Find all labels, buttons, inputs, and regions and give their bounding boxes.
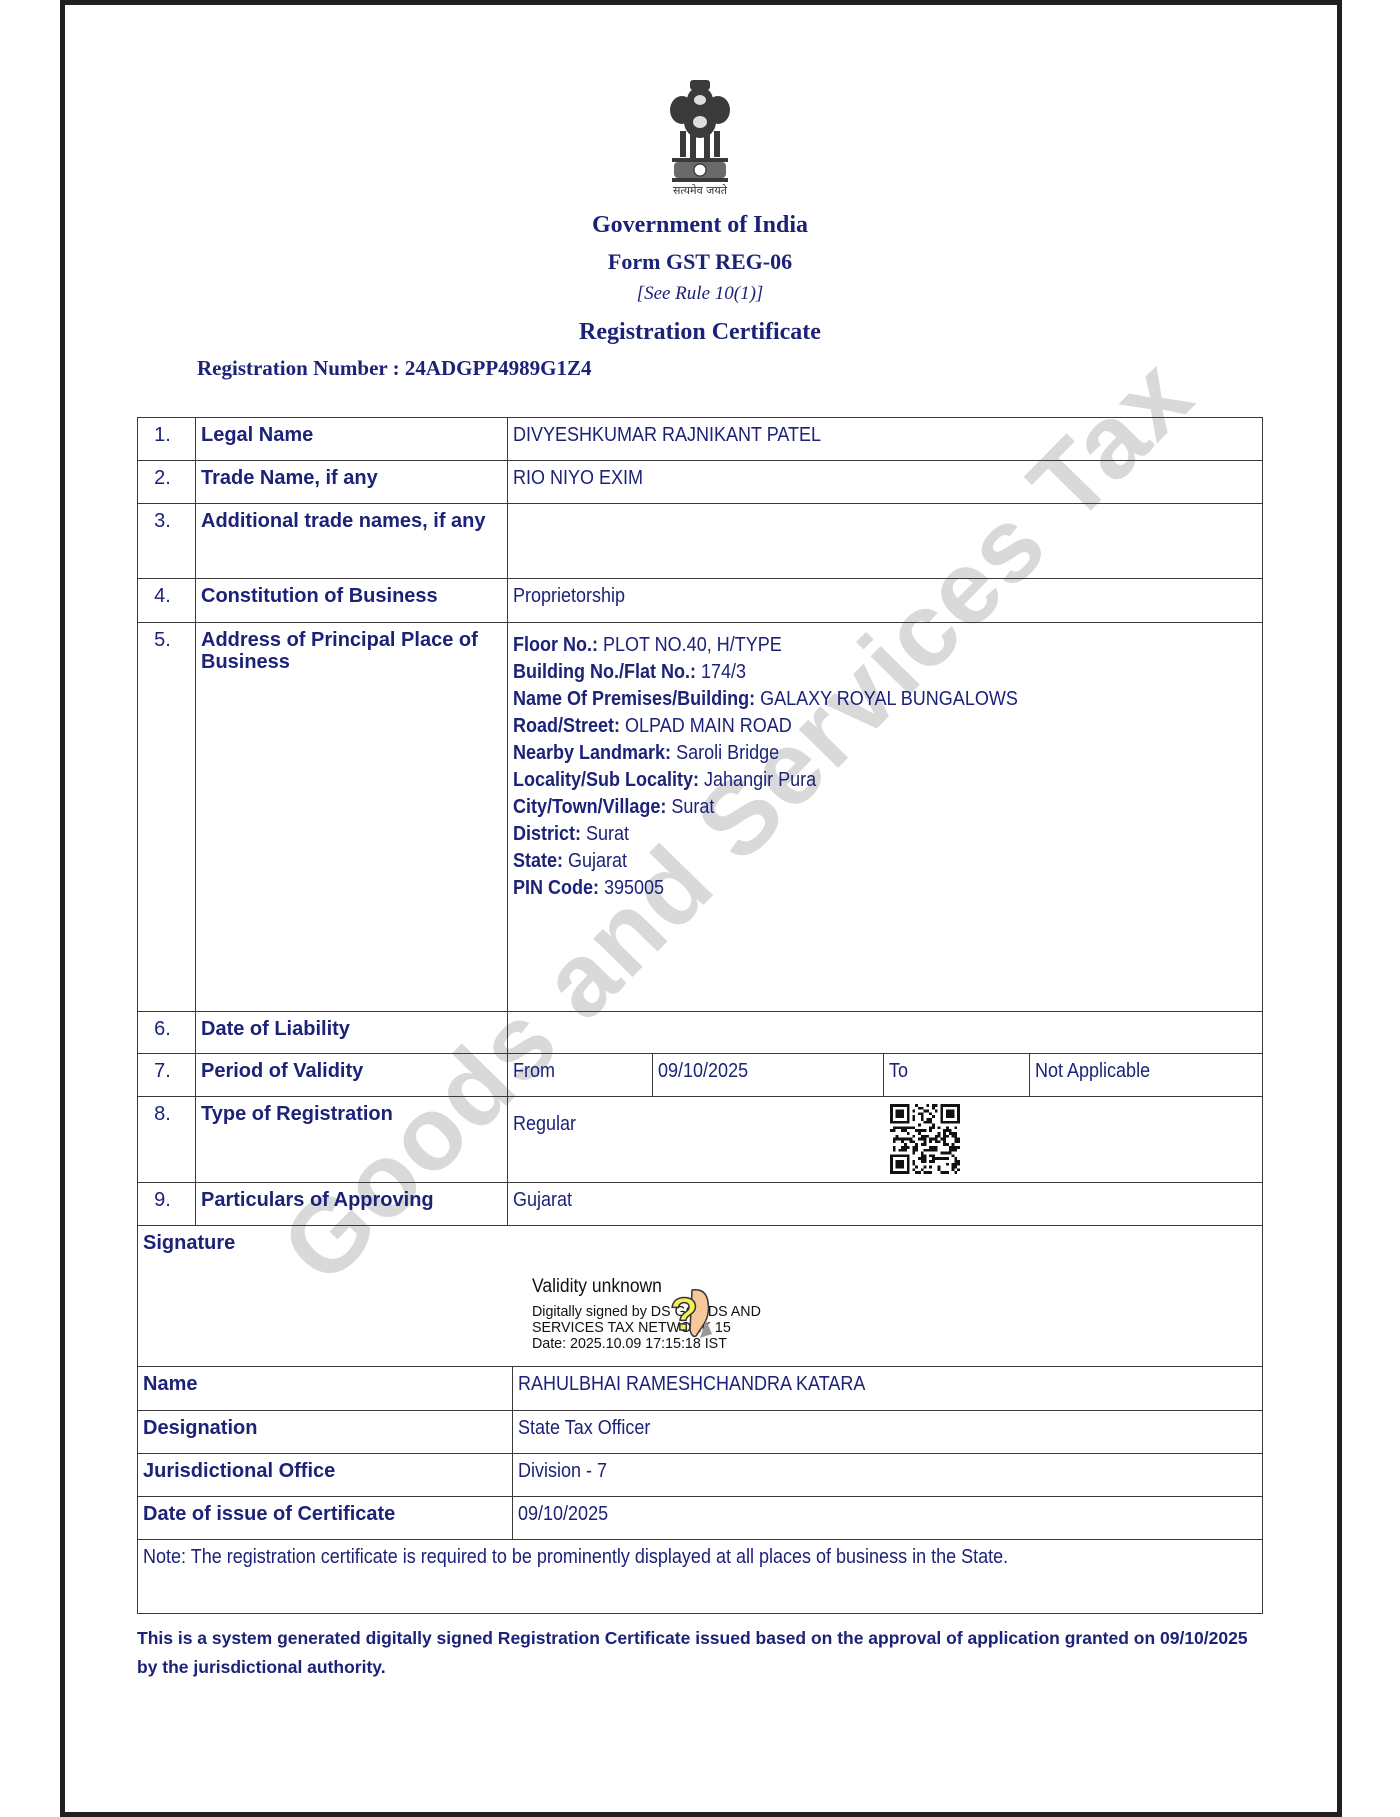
officer-value: 09/10/2025 [512, 1496, 1263, 1540]
row-number: 1. [137, 417, 196, 461]
row-label-text: Additional trade names, if any [201, 510, 486, 532]
row-label: Date of Liability [195, 1011, 508, 1054]
row-label: Constitution of Business [195, 578, 508, 623]
address-value: GALAXY ROYAL BUNGALOWS [755, 688, 1018, 710]
validity-to-label: To [883, 1053, 1030, 1097]
officer-label-text: Date of issue of Certificate [143, 1503, 395, 1525]
row-value-text: DIVYESHKUMAR RAJNIKANT PATEL [513, 424, 821, 446]
row-number: 3. [137, 503, 196, 579]
row-number-text: 6. [154, 1018, 171, 1040]
svg-text:?: ? [670, 1288, 698, 1340]
address-line: District: Surat [513, 821, 1257, 848]
row-label: Address of Principal Place of Business [195, 622, 508, 1012]
address-key: State: [513, 850, 563, 872]
validity-from-date: 09/10/2025 [652, 1053, 884, 1097]
address-value: Saroli Bridge [671, 742, 779, 764]
signed-by-line2: SERVICES TAX NETWORK 15 [532, 1320, 761, 1336]
address-line: Locality/Sub Locality: Jahangir Pura [513, 767, 1257, 794]
address-key: Locality/Sub Locality: [513, 769, 699, 791]
officer-value: RAHULBHAI RAMESHCHANDRA KATARA [512, 1366, 1263, 1411]
signed-by-line1: Digitally signed by DS GOODS AND [532, 1304, 761, 1320]
address-key: PIN Code: [513, 877, 599, 899]
row-number: 2. [137, 460, 196, 504]
row-label-text: Period of Validity [201, 1060, 363, 1082]
address-line: PIN Code: 395005 [513, 875, 1257, 902]
officer-label: Jurisdictional Office [137, 1453, 513, 1497]
signature-label-text: Signature [143, 1232, 235, 1254]
qr-code-icon [890, 1104, 960, 1174]
row-value: DIVYESHKUMAR RAJNIKANT PATEL [507, 417, 1263, 461]
officer-value: Division - 7 [512, 1453, 1263, 1497]
officer-label: Designation [137, 1410, 513, 1454]
row-number-text: 4. [154, 585, 171, 607]
officer-value: State Tax Officer [512, 1410, 1263, 1454]
address-line: State: Gujarat [513, 848, 1257, 875]
officer-label-text: Jurisdictional Office [143, 1460, 335, 1482]
officer-label: Date of issue of Certificate [137, 1496, 513, 1540]
row-value-text: Regular [513, 1113, 576, 1135]
row-value [507, 1011, 1263, 1054]
officer-value-text: 09/10/2025 [518, 1503, 608, 1525]
officer-label-text: Name [143, 1373, 197, 1395]
signature-date: Date: 2025.10.09 17:15:18 IST [532, 1336, 761, 1352]
address-line: City/Town/Village: Surat [513, 794, 1257, 821]
row-number-text: 8. [154, 1103, 171, 1125]
row-value-text: RIO NIYO EXIM [513, 467, 643, 489]
row-number: 7. [137, 1053, 196, 1097]
officer-value-text: RAHULBHAI RAMESHCHANDRA KATARA [518, 1373, 865, 1395]
row-label-text: Constitution of Business [201, 585, 438, 607]
address-line: Road/Street: OLPAD MAIN ROAD [513, 713, 1257, 740]
row-number-text: 7. [154, 1060, 171, 1082]
validity-from-label-text: From [513, 1060, 555, 1082]
row-label: Particulars of Approving [195, 1182, 508, 1226]
address-key: District: [513, 823, 581, 845]
row-value: Proprietorship [507, 578, 1263, 623]
address-line: Floor No.: PLOT NO.40, H/TYPE [513, 632, 1257, 659]
row-label-text: Type of Registration [201, 1103, 393, 1125]
row-label-text: Legal Name [201, 424, 313, 446]
validity-to-label-text: To [889, 1060, 908, 1082]
digital-signature: Validity unknown Digitally signed by DS … [532, 1276, 773, 1352]
row-value: Regular [507, 1096, 1263, 1183]
row-number-text: 2. [154, 467, 171, 489]
row-number-text: 9. [154, 1189, 171, 1211]
note: Note: The registration certificate is re… [137, 1539, 1263, 1614]
address-line: Building No./Flat No.: 174/3 [513, 659, 1257, 686]
row-label: Type of Registration [195, 1096, 508, 1183]
registration-details-table: 1.Legal NameDIVYESHKUMAR RAJNIKANT PATEL… [0, 0, 1400, 1817]
address-line: Nearby Landmark: Saroli Bridge [513, 740, 1257, 767]
validity-to-value-text: Not Applicable [1035, 1060, 1150, 1082]
address-key: Floor No.: [513, 634, 598, 656]
officer-label: Name [137, 1366, 513, 1411]
address-key: Nearby Landmark: [513, 742, 671, 764]
officer-label-text: Designation [143, 1417, 257, 1439]
address-cell: Floor No.: PLOT NO.40, H/TYPEBuilding No… [507, 622, 1263, 1012]
row-number: 8. [137, 1096, 196, 1183]
address-line: Name Of Premises/Building: GALAXY ROYAL … [513, 686, 1257, 713]
address-value: PLOT NO.40, H/TYPE [598, 634, 782, 656]
validity-from-label: From [507, 1053, 653, 1097]
row-value-text: Gujarat [513, 1189, 572, 1211]
address-key: Building No./Flat No.: [513, 661, 696, 683]
row-label-text: Date of Liability [201, 1018, 350, 1040]
officer-value-text: Division - 7 [518, 1460, 607, 1482]
address-key: Name Of Premises/Building: [513, 688, 755, 710]
address-value: OLPAD MAIN ROAD [620, 715, 792, 737]
signature-validity: Validity unknown [532, 1276, 754, 1298]
address-value: Jahangir Pura [699, 769, 816, 791]
note-text: Note: The registration certificate is re… [143, 1546, 1008, 1568]
address-value: Surat [666, 796, 714, 818]
row-number: 4. [137, 578, 196, 623]
address-value: Gujarat [563, 850, 627, 872]
row-number-text: 1. [154, 424, 171, 446]
address-value: 174/3 [696, 661, 746, 683]
row-label-text: Address of Principal Place of Business [201, 629, 478, 673]
row-number: 6. [137, 1011, 196, 1054]
row-value: RIO NIYO EXIM [507, 460, 1263, 504]
row-label-text: Trade Name, if any [201, 467, 378, 489]
row-value: Gujarat [507, 1182, 1263, 1226]
address-value: Surat [581, 823, 629, 845]
row-number-text: 3. [154, 510, 171, 532]
row-label: Period of Validity [195, 1053, 508, 1097]
address-key: Road/Street: [513, 715, 620, 737]
validity-from-date-text: 09/10/2025 [658, 1060, 748, 1082]
validity-to-value: Not Applicable [1029, 1053, 1263, 1097]
row-number: 9. [137, 1182, 196, 1226]
row-value-text: Proprietorship [513, 585, 625, 607]
row-label: Trade Name, if any [195, 460, 508, 504]
row-label-text: Particulars of Approving [201, 1189, 434, 1211]
address-key: City/Town/Village: [513, 796, 666, 818]
officer-value-text: State Tax Officer [518, 1417, 650, 1439]
row-label: Additional trade names, if any [195, 503, 508, 579]
system-generated-footer: This is a system generated digitally sig… [137, 1624, 1267, 1682]
row-value [507, 503, 1263, 579]
address-value: 395005 [599, 877, 664, 899]
row-number: 5. [137, 622, 196, 1012]
row-number-text: 5. [154, 629, 171, 651]
row-label: Legal Name [195, 417, 508, 461]
signature-validity-unknown-icon[interactable]: ? [666, 1284, 714, 1344]
